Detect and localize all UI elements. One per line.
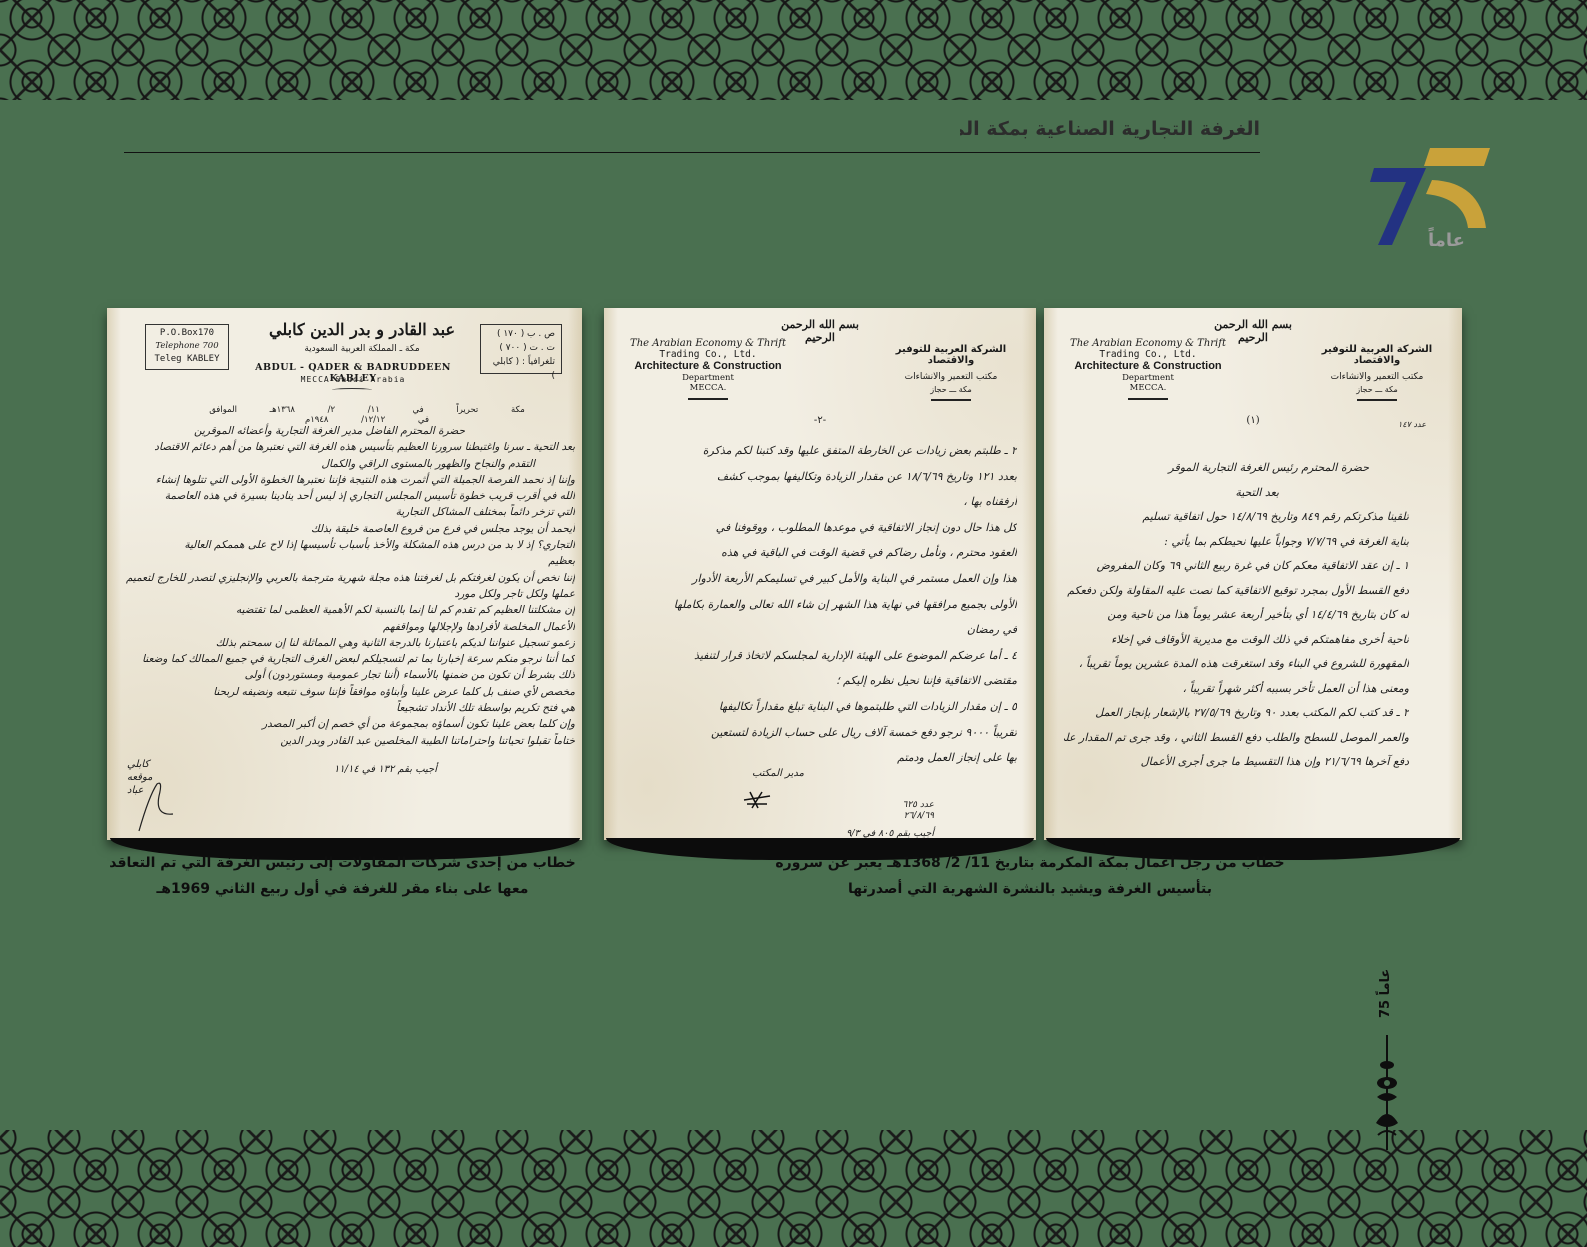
page-number: -٢- [814, 415, 826, 426]
sign-title: مدير المكتب [724, 768, 804, 779]
caption-left: خطاب من إحدى شركات المقاولات إلى رئيس ال… [100, 850, 585, 902]
document-arabian-economy-page-1: بسم الله الرحمن الرحيم The Arabian Econo… [1044, 308, 1462, 840]
top-pattern-border [0, 0, 1587, 100]
letterhead-location-ar: مكة ـ المملكة العربية السعودية [257, 344, 467, 354]
header-divider [124, 152, 1260, 153]
caption-right: خطاب من رجل أعمال بمكة المكرمة بتاريخ 11… [760, 850, 1300, 902]
basmala: بسم الله الرحمن الرحيم [780, 318, 860, 336]
page-number: (١) [1246, 415, 1259, 426]
header-title: الغرفة التجارية الصناعية بمكة المكرمة ٧٥… [960, 118, 1260, 148]
basmala: بسم الله الرحمن الرحيم [1213, 318, 1293, 336]
ref-number: عدد ٦٢٥ [854, 800, 934, 810]
ref-number: عدد ١٤٧ [1386, 420, 1426, 429]
letterhead-box-ar: ص . ب ( ١٧٠ ) ت . ت ( ٧٠٠ ) تلغرافياً : … [480, 324, 562, 374]
side-page-label: 75 عاماً [1378, 962, 1400, 1024]
handwritten-body: حضرة المحترم الفاضل مدير الغرفة التجارية… [115, 423, 575, 749]
document-arabian-economy-page-2: بسم الله الرحمن الرحيم The Arabian Econo… [604, 308, 1036, 840]
bottom-pattern-border [0, 1130, 1587, 1247]
decorative-ornament-icon [1372, 1035, 1402, 1150]
letterhead-box-en: P.O.Box170 Telephone 700 Teleg KABLEY [145, 324, 229, 370]
letter-date: مكة تحريراً في ١١/ ٢/ ١٣٦٨هـ الموافق في … [207, 405, 527, 425]
reply-note: أجيب بقم ١٣٢ في ١١/١٤ [317, 764, 437, 775]
75-years-logo-icon: عاماً [1368, 140, 1493, 250]
signature-mark-icon [742, 790, 772, 810]
document-kabley-letter: P.O.Box170 Telephone 700 Teleg KABLEY عب… [107, 308, 582, 840]
signature-scribble-icon [129, 776, 179, 836]
letterhead-en: The Arabian Economy & Thrift Trading Co.… [1058, 338, 1238, 400]
handwritten-body: ٢ ـ طلبتم بعض زيادات عن الخارطة المتفق ع… [622, 438, 1017, 771]
ref-date: ٢٦/٨/٦٩ [854, 811, 934, 821]
handwritten-body: حضرة المحترم رئيس الغرفة التجارية الموقر… [1064, 456, 1409, 775]
letterhead-location-en: MECCA Saudi Arabia [233, 375, 473, 384]
letterhead-flourish [332, 388, 372, 392]
letterhead-name-ar: عبد القادر و بدر الدين كابلي [257, 320, 467, 339]
letterhead-en: The Arabian Economy & Thrift Trading Co.… [618, 338, 798, 400]
letterhead-ar: الشركة العربية للتوفير والاقتصاد مكتب ال… [886, 344, 1016, 401]
letterhead-ar: الشركة العربية للتوفير والاقتصاد مكتب ال… [1312, 344, 1442, 401]
svg-text:عاماً: عاماً [1428, 227, 1465, 250]
